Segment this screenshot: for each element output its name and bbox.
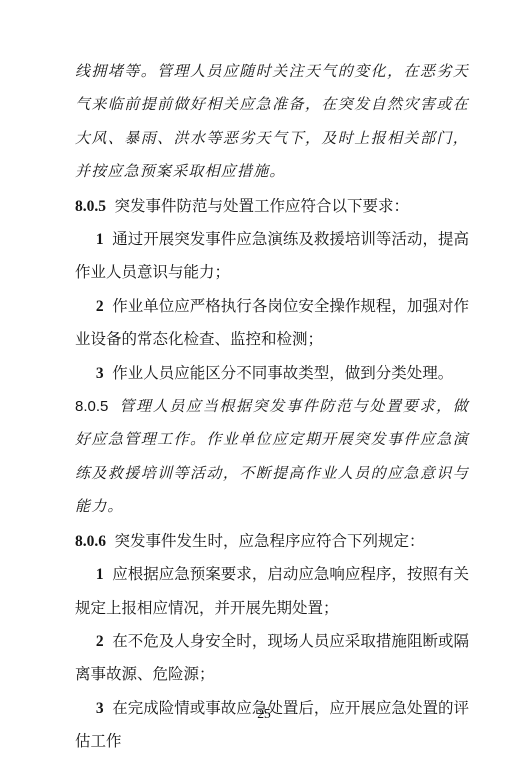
page-number: 25 [0, 706, 528, 722]
section-number: 8.0.5 [75, 398, 108, 415]
paragraph-text: 突发事件发生时，应急程序应符合下列规定： [115, 533, 425, 550]
paragraph-text: 作业单位应严格执行各岗位安全操作规程，加强对作业设备的常态化检查、监控和检测； [75, 298, 469, 348]
paragraph-text: 线拥堵等。管理人员应随时关注天气的变化，在恶劣天气来临前提前做好相关应急准备，在… [75, 64, 469, 180]
text-column: 线拥堵等。管理人员应随时关注天气的变化，在恶劣天气来临前提前做好相关应急准备，在… [75, 56, 469, 759]
paragraph: 2作业单位应严格执行各岗位安全操作规程，加强对作业设备的常态化检查、监控和检测； [75, 290, 469, 357]
paragraph: 8.0.5管理人员应当根据突发事件防范与处置要求，做好应急管理工作。作业单位应定… [75, 390, 469, 525]
paragraph-text: 通过开展突发事件应急演练及救援培训等活动，提高作业人员意识与能力； [75, 231, 469, 281]
section-number: 8.0.5 [75, 198, 106, 215]
paragraph-text: 突发事件防范与处置工作应符合以下要求： [115, 198, 410, 215]
document-page: 线拥堵等。管理人员应随时关注天气的变化，在恶劣天气来临前提前做好相关应急准备，在… [0, 0, 528, 766]
paragraph: 8.0.6突发事件发生时，应急程序应符合下列规定： [75, 525, 469, 558]
paragraph: 3在完成险情或事故应急处置后，应开展应急处置的评估工作 [75, 692, 469, 759]
paragraph-text: 应根据应急预案要求，启动应急响应程序，按照有关规定上报相应情况，并开展先期处置； [75, 566, 469, 616]
paragraph: 3作业人员应能区分不同事故类型，做到分类处理。 [75, 357, 469, 390]
section-number: 2 [96, 633, 104, 650]
paragraph: 线拥堵等。管理人员应随时关注天气的变化，在恶劣天气来临前提前做好相关应急准备，在… [75, 56, 469, 190]
section-number: 1 [96, 231, 104, 248]
section-number: 1 [96, 566, 104, 583]
paragraph: 8.0.5突发事件防范与处置工作应符合以下要求： [75, 190, 469, 223]
paragraph: 1通过开展突发事件应急演练及救援培训等活动，提高作业人员意识与能力； [75, 223, 469, 290]
paragraph-text: 在不危及人身安全时，现场人员应采取措施阻断或隔离事故源、危险源； [75, 633, 469, 683]
paragraph: 1应根据应急预案要求，启动应急响应程序，按照有关规定上报相应情况，并开展先期处置… [75, 558, 469, 625]
section-number: 8.0.6 [75, 533, 106, 550]
paragraph: 2在不危及人身安全时，现场人员应采取措施阻断或隔离事故源、危险源； [75, 625, 469, 692]
paragraph-text: 作业人员应能区分不同事故类型，做到分类处理。 [112, 365, 453, 382]
paragraph-text: 管理人员应当根据突发事件防范与处置要求，做好应急管理工作。作业单位应定期开展突发… [75, 399, 469, 515]
section-number: 3 [96, 365, 104, 382]
section-number: 2 [96, 298, 104, 315]
